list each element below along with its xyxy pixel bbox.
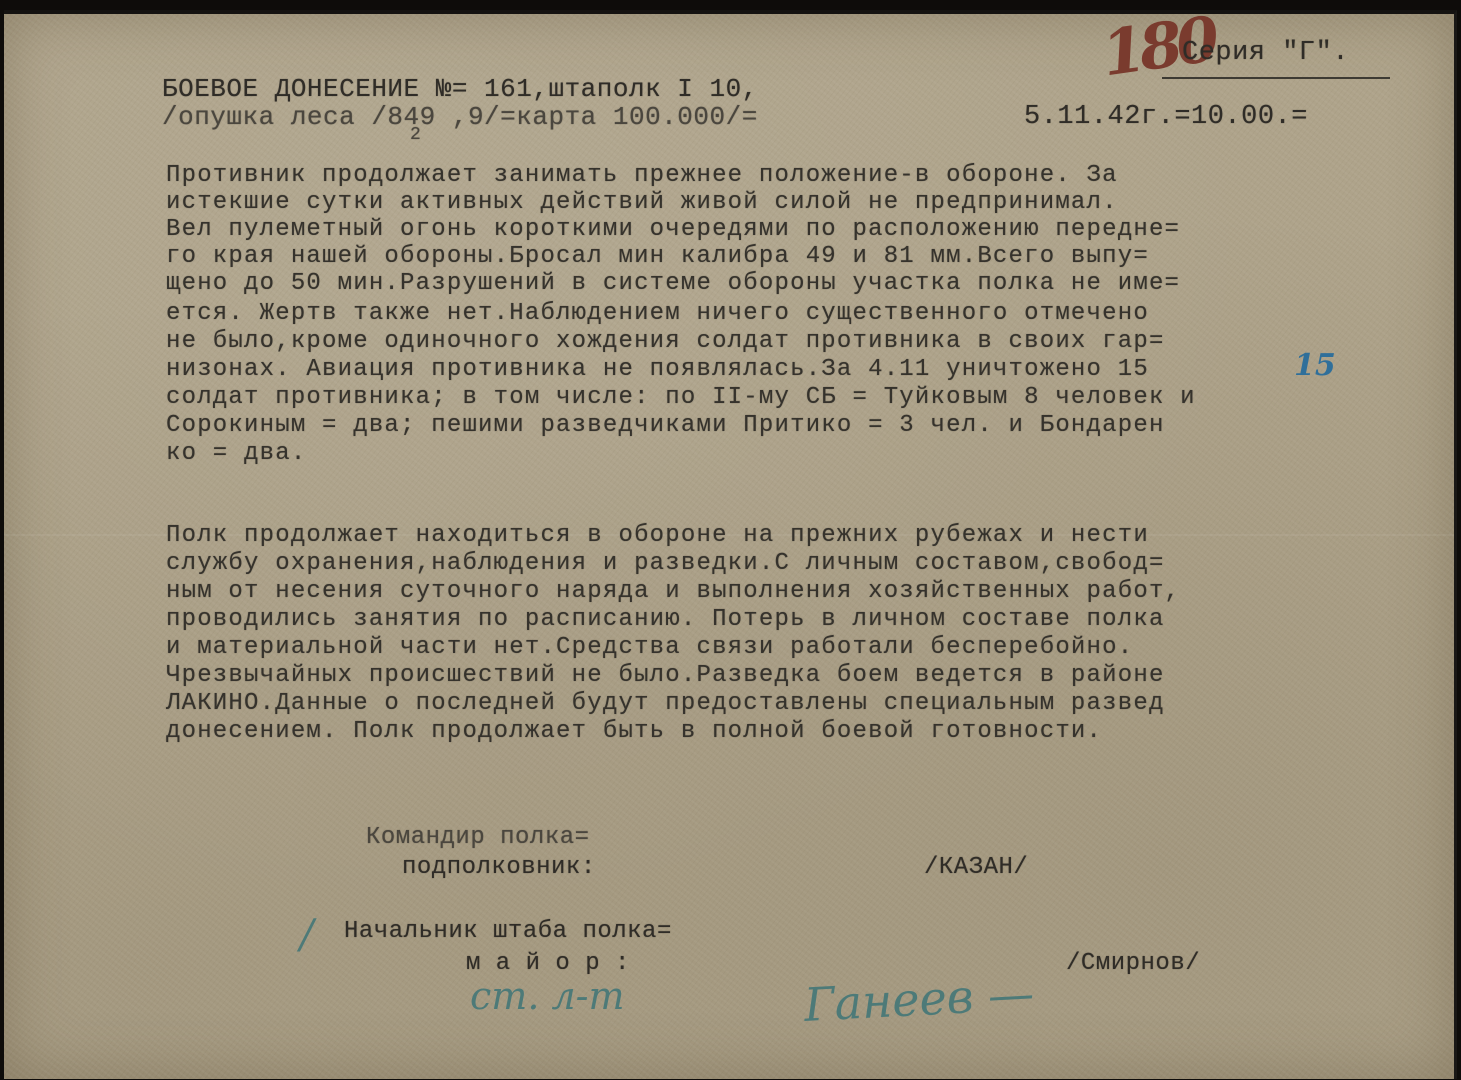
text-line: Чрезвычайных происшествий не было.Развед… [166,664,1165,688]
text-line: Вел пулеметный огонь короткими очередями… [166,218,1180,242]
report-datetime: 5.11.42г.=10.00.= [1024,104,1308,131]
chief-of-staff-title: Начальник штаба полка= [344,920,672,944]
report-location: /опушка леса /849 ,9/=карта 100.000/= [162,104,758,130]
text-line: ным от несения суточного наряда и выполн… [166,580,1180,604]
text-line: Сорокиным = два; пешими разведчиками При… [166,414,1165,438]
series-underline [1162,77,1390,79]
location-subscript: 2 [410,126,421,144]
text-line: истекшие сутки активных действий живой с… [166,191,1118,215]
document-sheet: 180 Серия "Г". БОЕВОЕ ДОНЕСЕНИЕ №= 161,ш… [4,10,1457,1079]
commander-title: Командир полка= [366,826,590,850]
text-line: донесением. Полк продолжает быть в полно… [166,720,1102,744]
margin-check-mark: / [300,912,313,958]
commander-rank: подполковник: [402,856,596,880]
handwritten-signature-rank: ст. л-т [470,974,625,1018]
text-line: низонах. Авиация противника не появлялас… [166,358,1149,382]
text-line: проводились занятия по расписанию. Потер… [166,608,1165,632]
series-label: Серия "Г". [1182,40,1349,67]
text-line: солдат противника; в том числе: по II-му… [166,386,1196,410]
text-line: и материальной части нет.Средства связи … [166,636,1133,660]
commander-name: /КАЗАН/ [924,856,1028,880]
handwritten-count-annotation: 15 [1294,348,1336,383]
chief-of-staff-rank: м а й о р : [466,952,630,976]
text-line: Противник продолжает занимать прежнее по… [166,164,1118,188]
text-line: щено до 50 мин.Разрушений в системе обор… [166,272,1180,296]
text-line: службу охранения,наблюдения и разведки.С… [166,552,1165,576]
text-line: не было,кроме одиночного хождения солдат… [166,330,1165,354]
text-line: Полк продолжает находиться в обороне на … [166,524,1149,548]
text-line: го края нашей обороны.Бросал мин калибра… [166,245,1149,269]
report-title: БОЕВОЕ ДОНЕСЕНИЕ №= 161,штаполк I 10, [162,76,758,102]
handwritten-signature: Ганеев — [803,966,1036,1032]
text-line: ЛАКИНО.Данные о последней будут предоста… [166,692,1165,716]
chief-of-staff-name: /Смирнов/ [1066,952,1200,976]
text-line: ется. Жертв также нет.Наблюдением ничего… [166,302,1149,326]
text-line: ко = два. [166,442,306,466]
